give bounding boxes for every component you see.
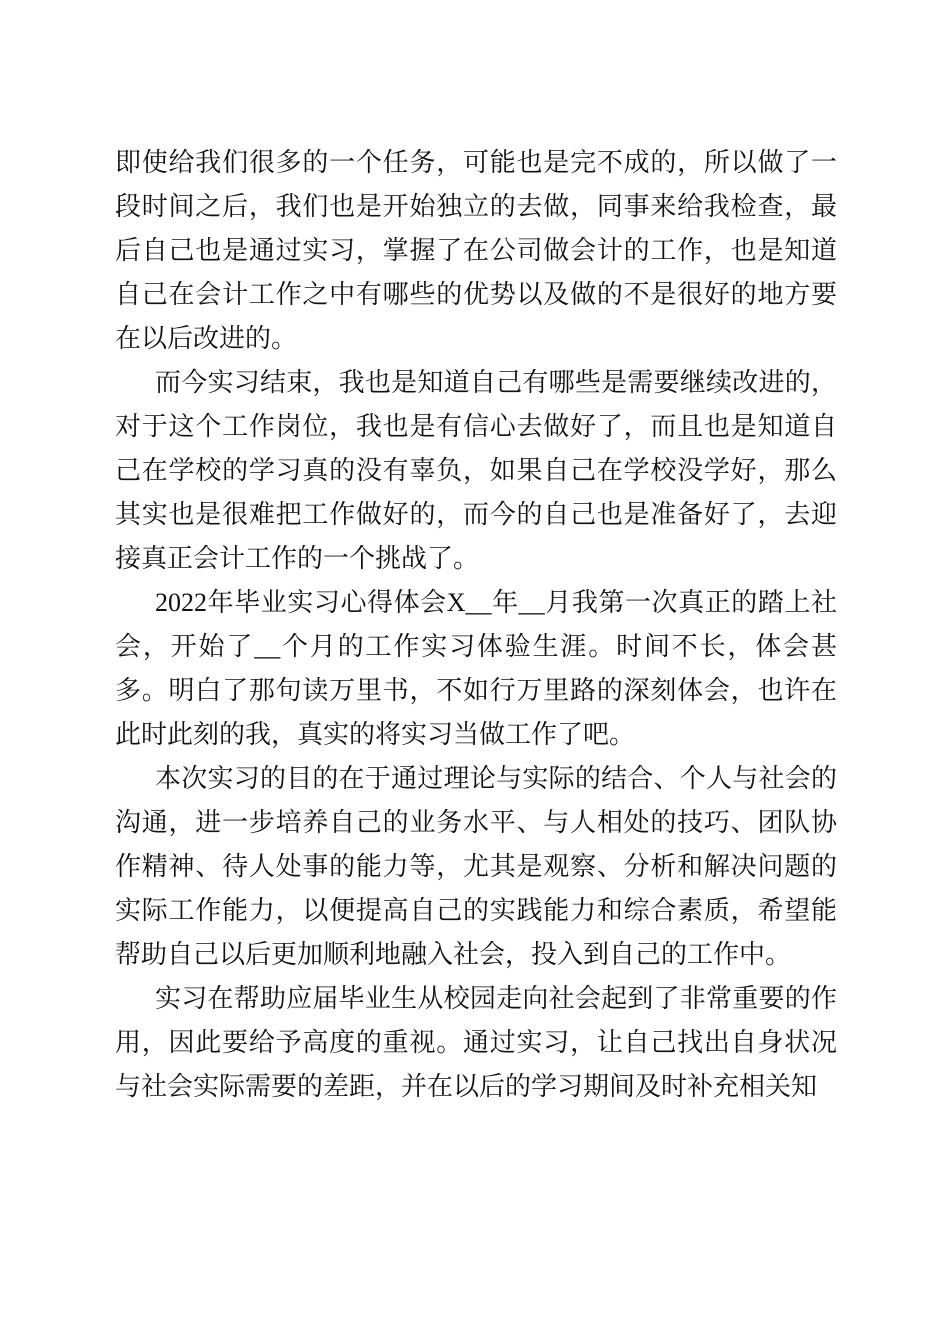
document-page: 即使给我们很多的一个任务，可能也是完不成的，所以做了一段时间之后，我们也是开始独… [0,0,950,1344]
paragraph-internship-importance: 实习在帮助应届毕业生从校园走向社会起到了非常重要的作用，因此要给予高度的重视。通… [115,977,837,1109]
paragraph-2022-internship-intro: 2022年毕业实习心得体会X__年__月我第一次真正的踏上社会，开始了__个月的… [115,581,837,757]
paragraph-internship-purpose: 本次实习的目的在于通过理论与实际的结合、个人与社会的沟通，进一步培养自己的业务水… [115,757,837,977]
paragraph-internship-tasks: 即使给我们很多的一个任务，可能也是完不成的，所以做了一段时间之后，我们也是开始独… [115,141,837,361]
paragraph-internship-end-reflection: 而今实习结束，我也是知道自己有哪些是需要继续改进的，对于这个工作岗位，我也是有信… [115,361,837,581]
